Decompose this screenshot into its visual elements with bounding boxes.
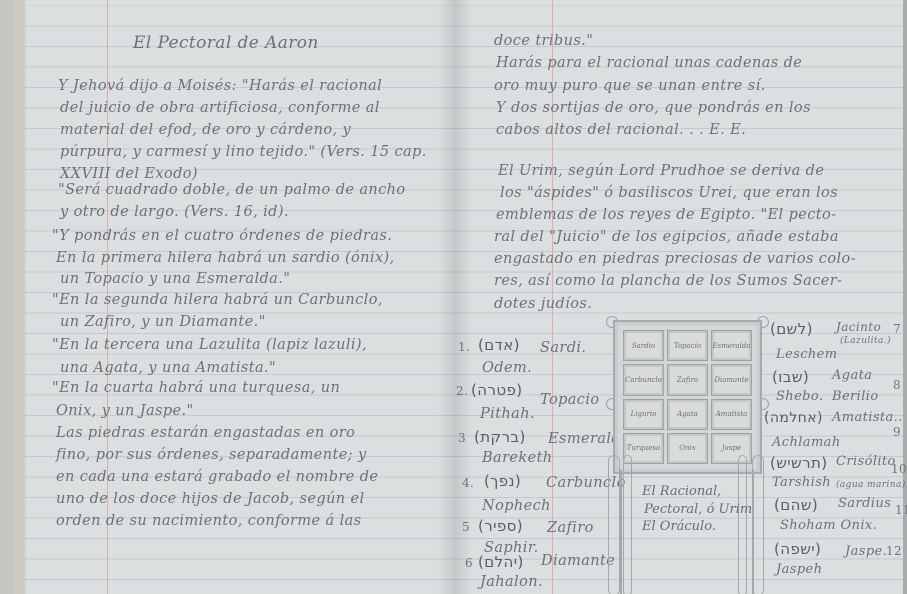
text-line: XXVIII del Exodo)	[60, 166, 198, 182]
text-line: dotes judíos.	[494, 296, 592, 312]
stone-number: 11	[895, 503, 907, 517]
stone-number: 5	[462, 520, 470, 534]
text-line: en cada una estará grabado el nombre de	[56, 469, 378, 485]
text-line: Harás para el racional unas cadenas de	[496, 55, 802, 71]
chain-strap	[608, 455, 620, 594]
caption-line: El Racional,	[642, 484, 721, 499]
text-line: "Y pondrás en el cuatro órdenes de piedr…	[52, 228, 392, 244]
text-line: material del efod, de oro y cárdeno, y	[60, 122, 351, 138]
notebook-spread: El Pectoral de Aaron Y Jehová dijo a Moi…	[0, 0, 907, 594]
breastplate-frame: Sardio Topacio Esmeralda Carbunclo Zafir…	[613, 320, 762, 474]
stone-number: 4.	[462, 476, 474, 490]
spanish-name: Agata	[832, 368, 872, 383]
text-line: púrpura, y carmesí y lino tejido." (Vers…	[60, 144, 427, 160]
spanish-name: Topacio	[540, 392, 600, 408]
stone-number: 7	[893, 322, 901, 336]
text-line: del juicio de obra artificiosa, conforme…	[60, 100, 380, 116]
spanish-name: Jacinto	[836, 320, 881, 334]
stone-number: 3	[458, 431, 466, 445]
stone-number: 12	[886, 544, 902, 558]
stone-cell: Diamante	[711, 364, 752, 395]
stone-number: 1.	[458, 340, 470, 354]
spanish-name: Amatista..	[832, 410, 903, 425]
text-line: "En la tercera una Lazulita (lapiz lazul…	[52, 337, 367, 353]
transliteration: Bareketh	[482, 450, 553, 466]
stone-cell: Carbunclo	[623, 364, 664, 395]
stone-cell: Topacio	[667, 330, 708, 361]
stone-number: 6	[465, 556, 473, 570]
caption-line: El Oráculo.	[642, 519, 716, 534]
text-line: En la primera hilera habrá un sardio (ón…	[56, 250, 395, 266]
hebrew-name: (ספיר)	[478, 517, 523, 535]
spanish-name: Crisólito	[836, 454, 896, 469]
spanish-name: Sardi.	[540, 340, 586, 356]
transliteration: Achlamah	[772, 435, 841, 450]
text-line: Las piedras estarán engastadas en oro	[56, 425, 355, 441]
hebrew-name: (ברקת)	[474, 428, 526, 446]
stone-number: 9	[893, 425, 901, 439]
transliteration: Odem.	[482, 360, 532, 376]
text-line: res, así como la plancha de los Sumos Sa…	[494, 273, 842, 289]
binding-gutter	[438, 0, 472, 594]
text-line: doce tribus."	[494, 33, 593, 49]
spanish-name: Zafiro	[547, 520, 594, 536]
transliteration: Leschem	[776, 347, 837, 362]
spanish-name: Diamante	[541, 553, 615, 569]
stone-number: 10	[891, 462, 907, 476]
text-line: Y dos sortijas de oro, que pondrás en lo…	[496, 100, 811, 116]
transliteration: Jaspeh	[776, 562, 822, 577]
hebrew-name: (שבו)	[772, 368, 809, 386]
stone-number: 8	[893, 378, 901, 392]
text-line: "En la segunda hilera habrá un Carbunclo…	[52, 292, 383, 308]
page-edge	[14, 0, 26, 594]
stone-cell: Amatista	[711, 399, 752, 430]
hebrew-name: (נפך)	[484, 472, 521, 490]
chain-strap	[752, 455, 764, 594]
transliteration: Tarshish	[772, 475, 831, 490]
text-line: oro muy puro que se unan entre sí.	[494, 78, 766, 94]
transliteration: Jahalon.	[480, 574, 543, 590]
text-line: y otro de largo. (Vers. 16, id).	[60, 204, 289, 220]
text-line: Y Jehová dijo a Moisés: "Harás el racion…	[58, 78, 382, 94]
text-line: uno de los doce hijos de Jacob, según el	[56, 491, 365, 507]
stone-cell: Ligurio	[623, 399, 664, 430]
text-line: un Zafiro, y un Diamante."	[60, 314, 266, 330]
hebrew-name: (תרשיש)	[770, 454, 827, 472]
spanish-name: Jaspe.	[845, 544, 887, 559]
note: Berilio	[832, 389, 879, 404]
hebrew-name: (יהלם)	[478, 553, 524, 571]
text-line: orden de su nacimiento, conforme á las	[56, 513, 362, 529]
transliteration: Shebo.	[776, 389, 823, 404]
page-title: El Pectoral de Aaron	[133, 33, 319, 53]
chain-strap	[738, 455, 747, 594]
hebrew-name: (שהם)	[774, 496, 818, 514]
text-line: cabos altos del racional. . . E. E.	[496, 122, 746, 138]
hebrew-name: (ישפה)	[774, 540, 821, 558]
transliteration: Shoham Onix.	[780, 518, 877, 533]
text-line: "En la cuarta habrá una turquesa, un	[52, 380, 340, 396]
transliteration: Pithah.	[480, 406, 535, 422]
hebrew-name: (לשם)	[770, 320, 813, 338]
text-line: fino, por sus órdenes, separadamente; y	[56, 447, 367, 463]
stone-cell: Onix	[667, 433, 708, 464]
text-line: ral del "Juicio" de los egipcios, añade …	[494, 229, 839, 245]
text-line: Onix, y un Jaspe."	[56, 403, 194, 419]
caption-line: Pectoral, ó Urim	[644, 502, 752, 517]
note: (agua marina).	[836, 480, 907, 490]
text-line: una Agata, y una Amatista."	[60, 360, 276, 376]
spanish-name: Sardius	[838, 496, 891, 511]
text-line: engastado en piedras preciosas de varios…	[494, 251, 856, 267]
transliteration: Nophech	[482, 498, 551, 514]
hebrew-name: (פטרה)	[471, 381, 523, 399]
text-line: El Urim, según Lord Prudhoe se deriva de	[498, 163, 824, 179]
text-line: emblemas de los reyes de Egipto. "El pec…	[496, 207, 836, 223]
stone-cell: Sardio	[623, 330, 664, 361]
note: (Lazulita.)	[840, 336, 891, 346]
stone-number: 2.	[456, 384, 468, 398]
hebrew-name: (אחלמה)	[764, 410, 823, 426]
text-line: "Será cuadrado doble, de un palmo de anc…	[58, 182, 406, 198]
chain-strap	[623, 455, 632, 594]
text-line: los "áspides" ó basiliscos Urei, que era…	[500, 185, 838, 201]
stone-cell: Agata	[667, 399, 708, 430]
hebrew-name: (אדם)	[478, 336, 520, 354]
stone-cell: Esmeralda	[711, 330, 752, 361]
text-line: un Topacio y una Esmeralda."	[60, 271, 290, 287]
stone-cell: Zafiro	[667, 364, 708, 395]
